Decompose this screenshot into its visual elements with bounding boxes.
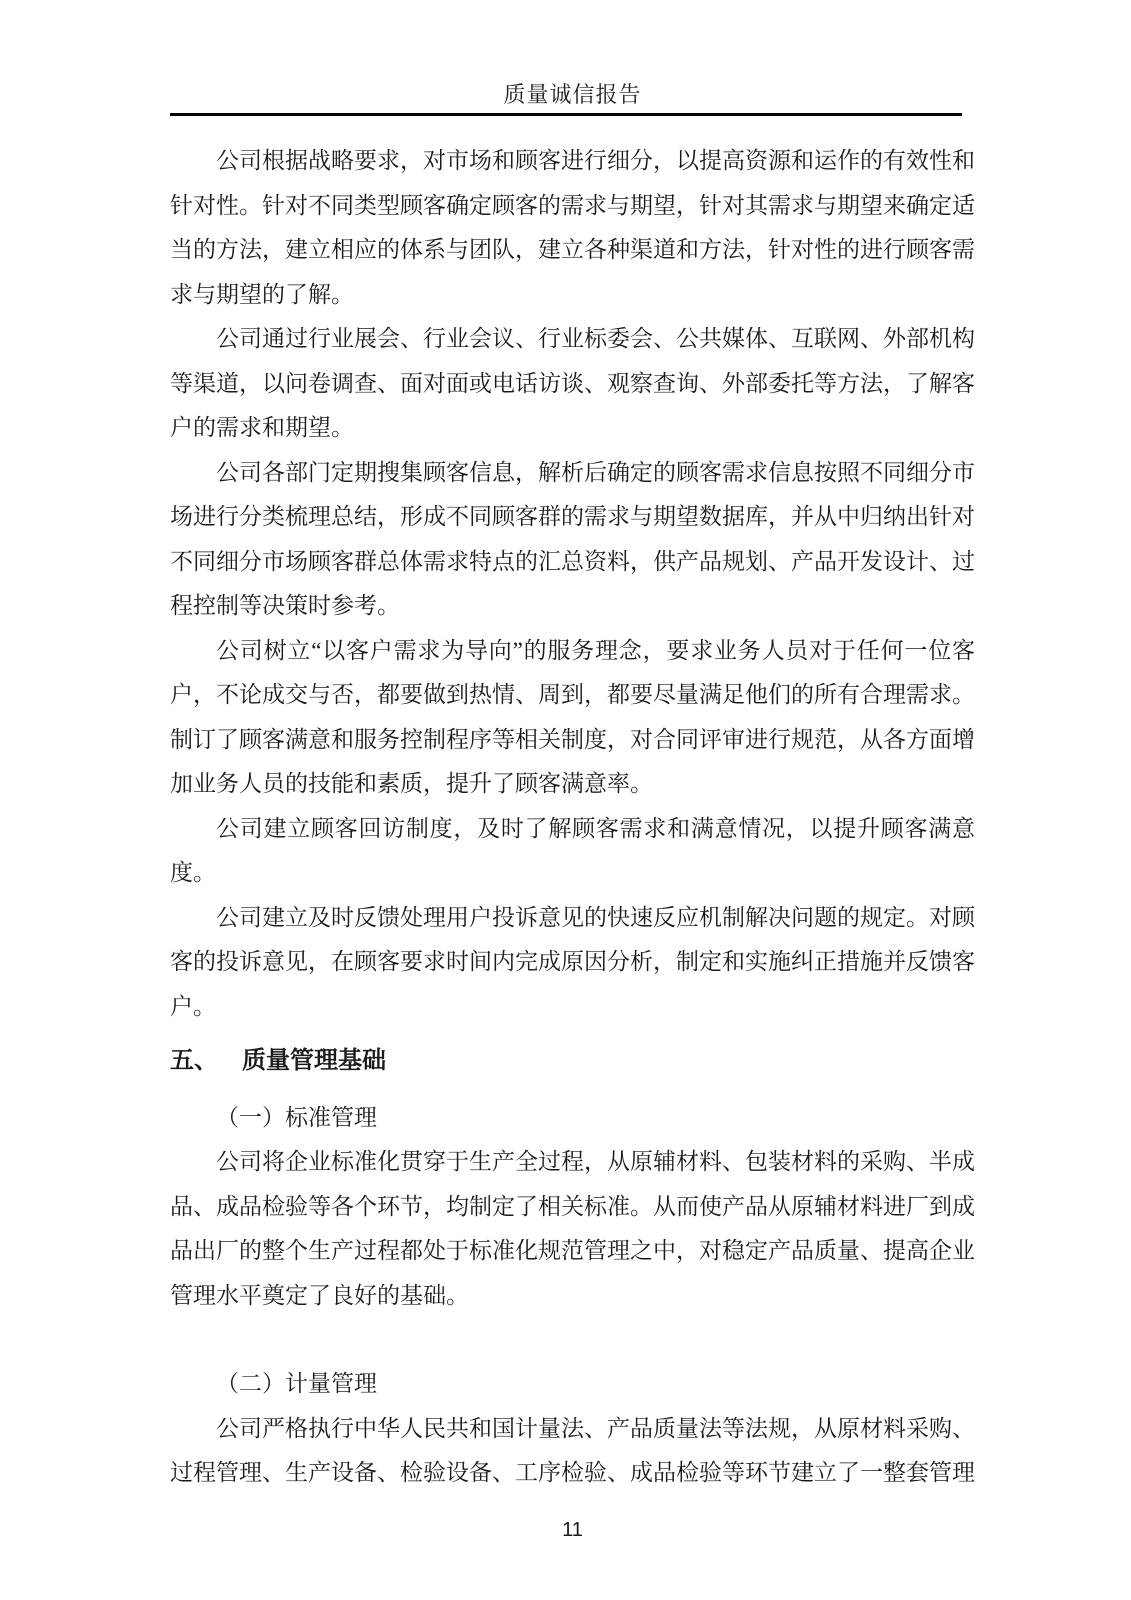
paragraph: 公司通过行业展会、行业会议、行业标委会、公共媒体、互联网、外部机构等渠道，以问卷… xyxy=(170,317,975,451)
section-number: 五、 xyxy=(170,1048,218,1074)
paragraph: 公司各部门定期搜集顾客信息，解析后确定的顾客需求信息按照不同细分市场进行分类梳理… xyxy=(170,451,975,629)
section-heading: 五、质量管理基础 xyxy=(170,1039,975,1084)
page-title: 质量诚信报告 xyxy=(170,82,975,108)
document-page: 质量诚信报告 公司根据战略要求，对市场和顾客进行细分，以提高资源和运作的有效性和… xyxy=(0,0,1131,1600)
header-divider xyxy=(170,113,962,116)
page-header: 质量诚信报告 xyxy=(170,0,975,116)
paragraph: 公司树立“以客户需求为导向”的服务理念，要求业务人员对于任何一位客户，不论成交与… xyxy=(170,629,975,807)
paragraph: 公司将企业标准化贯穿于生产全过程，从原辅材料、包装材料的采购、半成品、成品检验等… xyxy=(170,1140,975,1318)
subsection-label-metrology: （二）计量管理 xyxy=(170,1362,975,1407)
page-number: 11 xyxy=(170,1518,975,1542)
subsection-label-standards: （一）标准管理 xyxy=(170,1096,975,1141)
section-title: 质量管理基础 xyxy=(242,1048,386,1074)
paragraph: 公司建立及时反馈处理用户投诉意见的快速反应机制解决问题的规定。对顾客的投诉意见，… xyxy=(170,896,975,1030)
paragraph: 公司严格执行中华人民共和国计量法、产品质量法等法规，从原材料采购、过程管理、生产… xyxy=(170,1407,975,1496)
paragraph: 公司根据战略要求，对市场和顾客进行细分，以提高资源和运作的有效性和针对性。针对不… xyxy=(170,139,975,317)
paragraph: 公司建立顾客回访制度，及时了解顾客需求和满意情况，以提升顾客满意度。 xyxy=(170,807,975,896)
document-body: 公司根据战略要求，对市场和顾客进行细分，以提高资源和运作的有效性和针对性。针对不… xyxy=(170,139,975,1542)
